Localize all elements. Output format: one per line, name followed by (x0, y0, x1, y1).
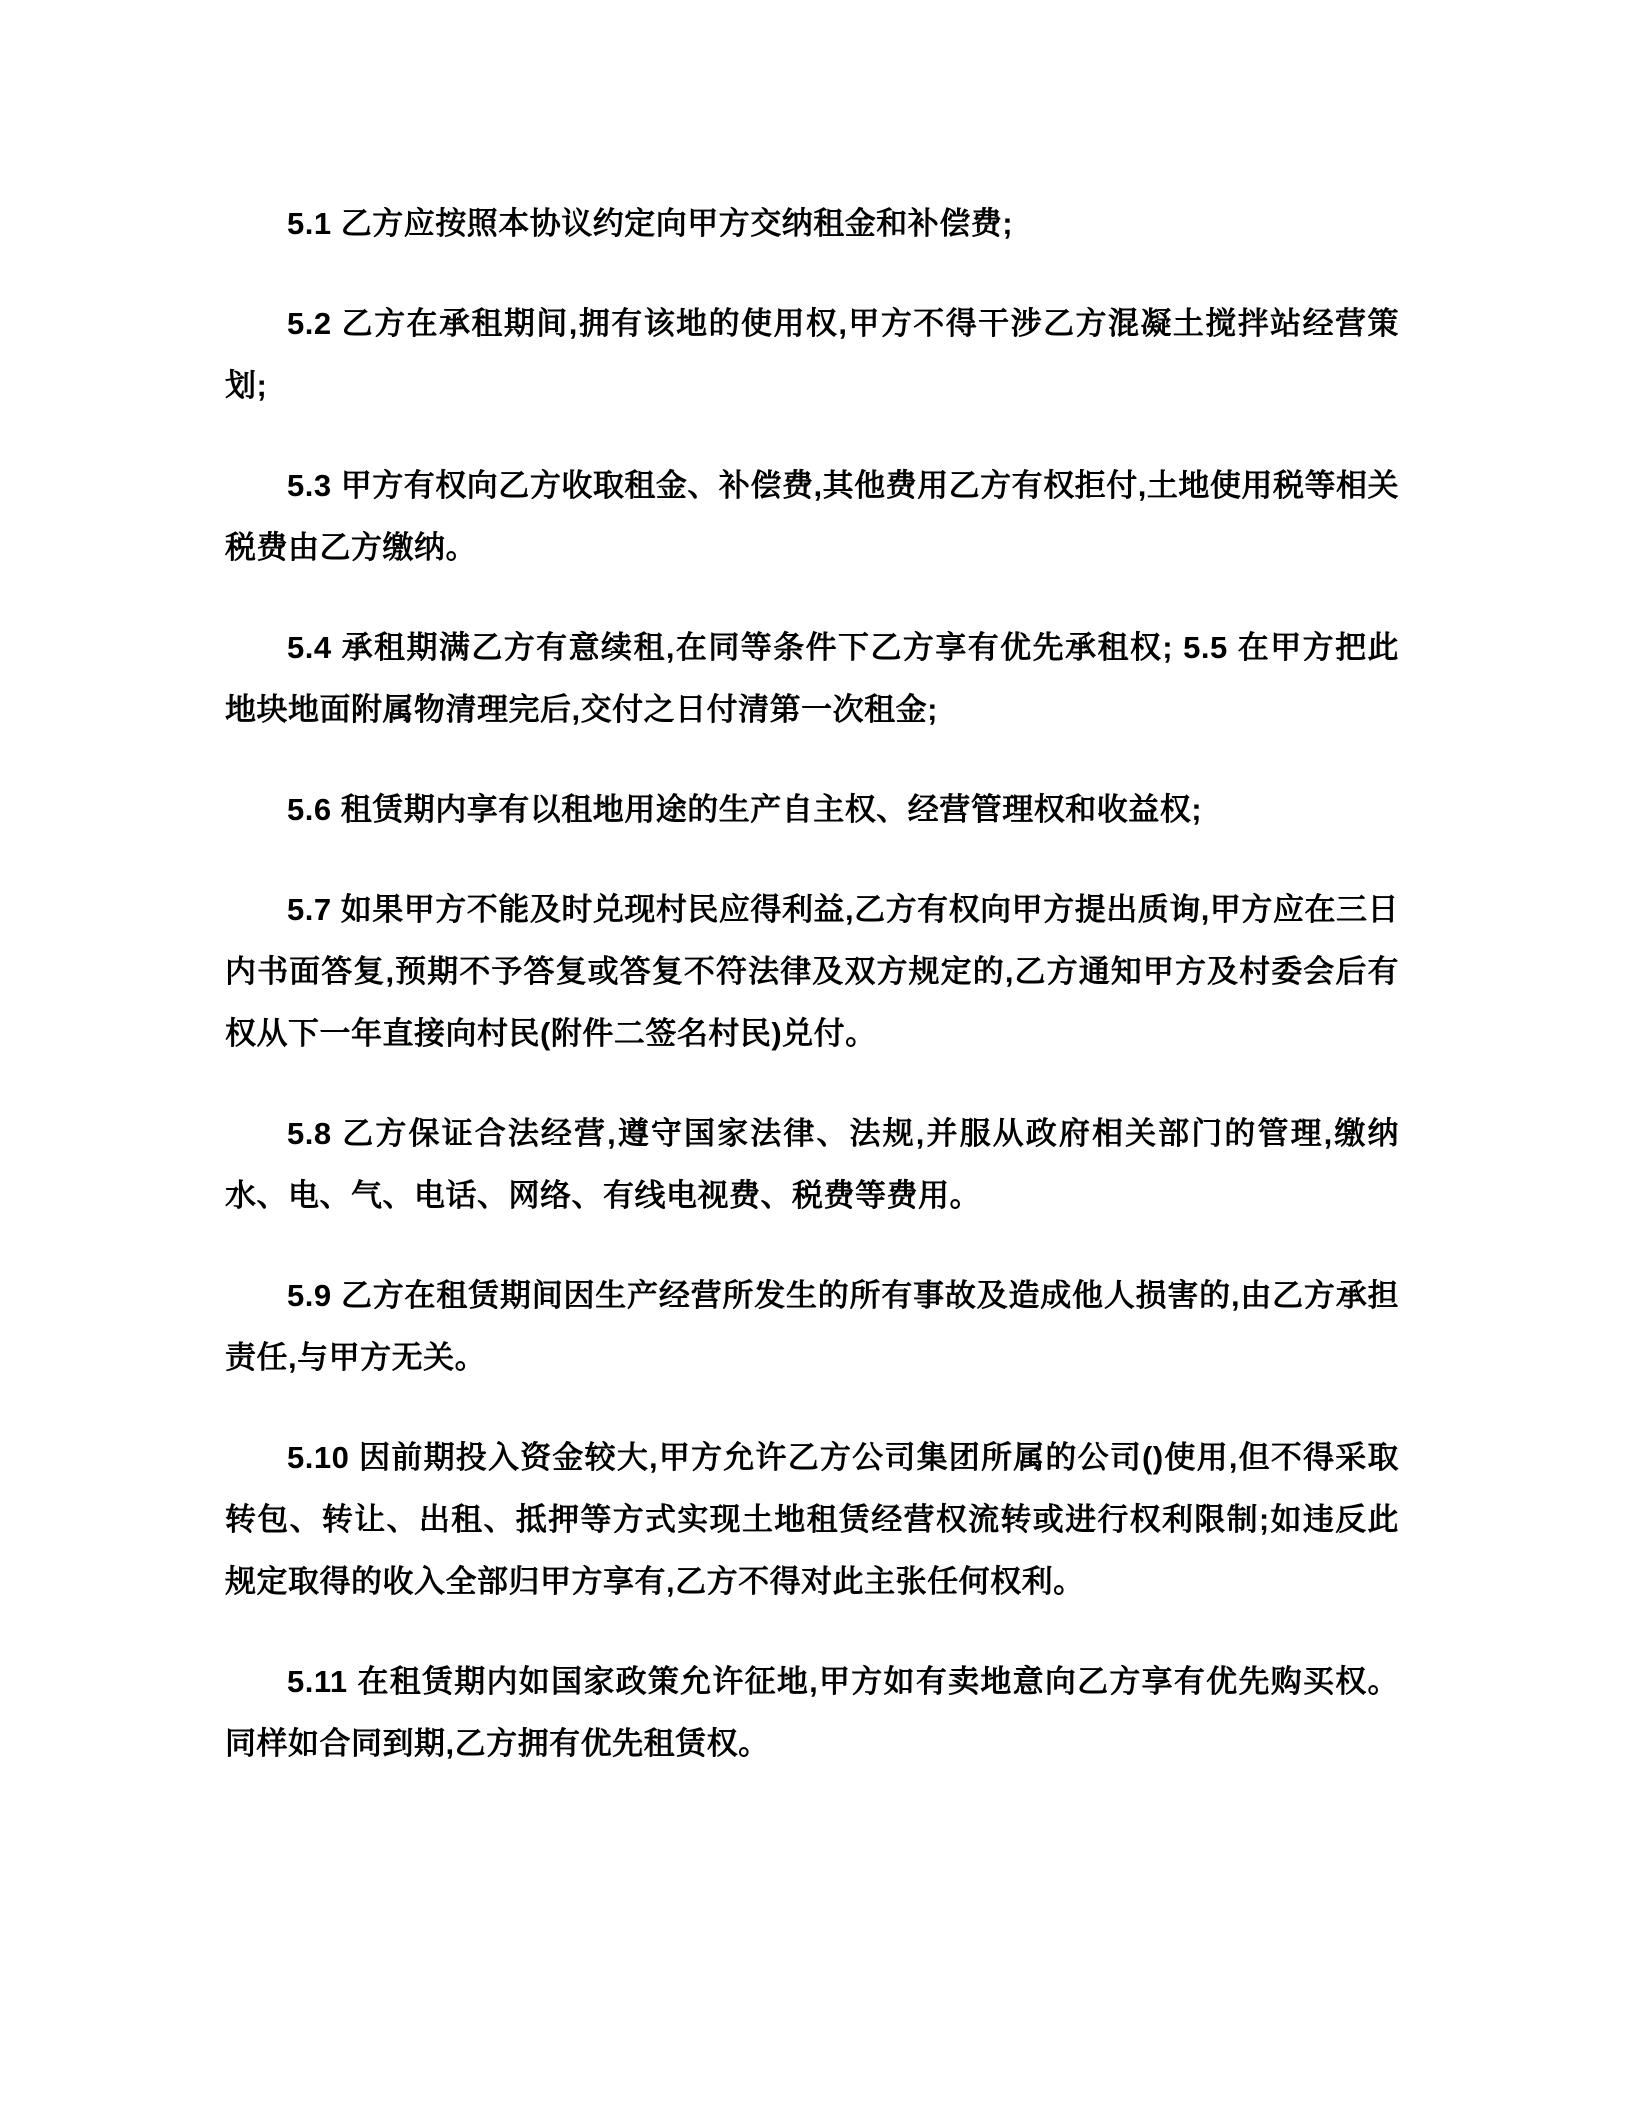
clause-5-2: 5.2 乙方在承租期间,拥有该地的使用权,甲方不得干涉乙方混凝土搅拌站经营策划; (225, 293, 1399, 417)
clause-5-7: 5.7 如果甲方不能及时兑现村民应得利益,乙方有权向甲方提出质询,甲方应在三日内… (225, 879, 1399, 1065)
clause-5-11: 5.11 在租赁期内如国家政策允许征地,甲方如有卖地意向乙方享有优先购买权。同样… (225, 1651, 1399, 1775)
document-page: 5.1 乙方应按照本协议约定向甲方交纳租金和补偿费; 5.2 乙方在承租期间,拥… (0, 0, 1632, 2112)
clause-5-1: 5.1 乙方应按照本协议约定向甲方交纳租金和补偿费; (225, 193, 1399, 255)
clause-5-8: 5.8 乙方保证合法经营,遵守国家法律、法规,并服从政府相关部门的管理,缴纳水、… (225, 1103, 1399, 1227)
clause-5-9: 5.9 乙方在租赁期间因生产经营所发生的所有事故及造成他人损害的,由乙方承担责任… (225, 1265, 1399, 1389)
clause-5-10: 5.10 因前期投入资金较大,甲方允许乙方公司集团所属的公司()使用,但不得采取… (225, 1427, 1399, 1613)
clause-5-6: 5.6 租赁期内享有以租地用途的生产自主权、经营管理权和收益权; (225, 779, 1399, 841)
clause-5-3: 5.3 甲方有权向乙方收取租金、补偿费,其他费用乙方有权拒付,土地使用税等相关税… (225, 455, 1399, 579)
clause-5-4-5-5: 5.4 承租期满乙方有意续租,在同等条件下乙方享有优先承租权; 5.5 在甲方把… (225, 617, 1399, 741)
